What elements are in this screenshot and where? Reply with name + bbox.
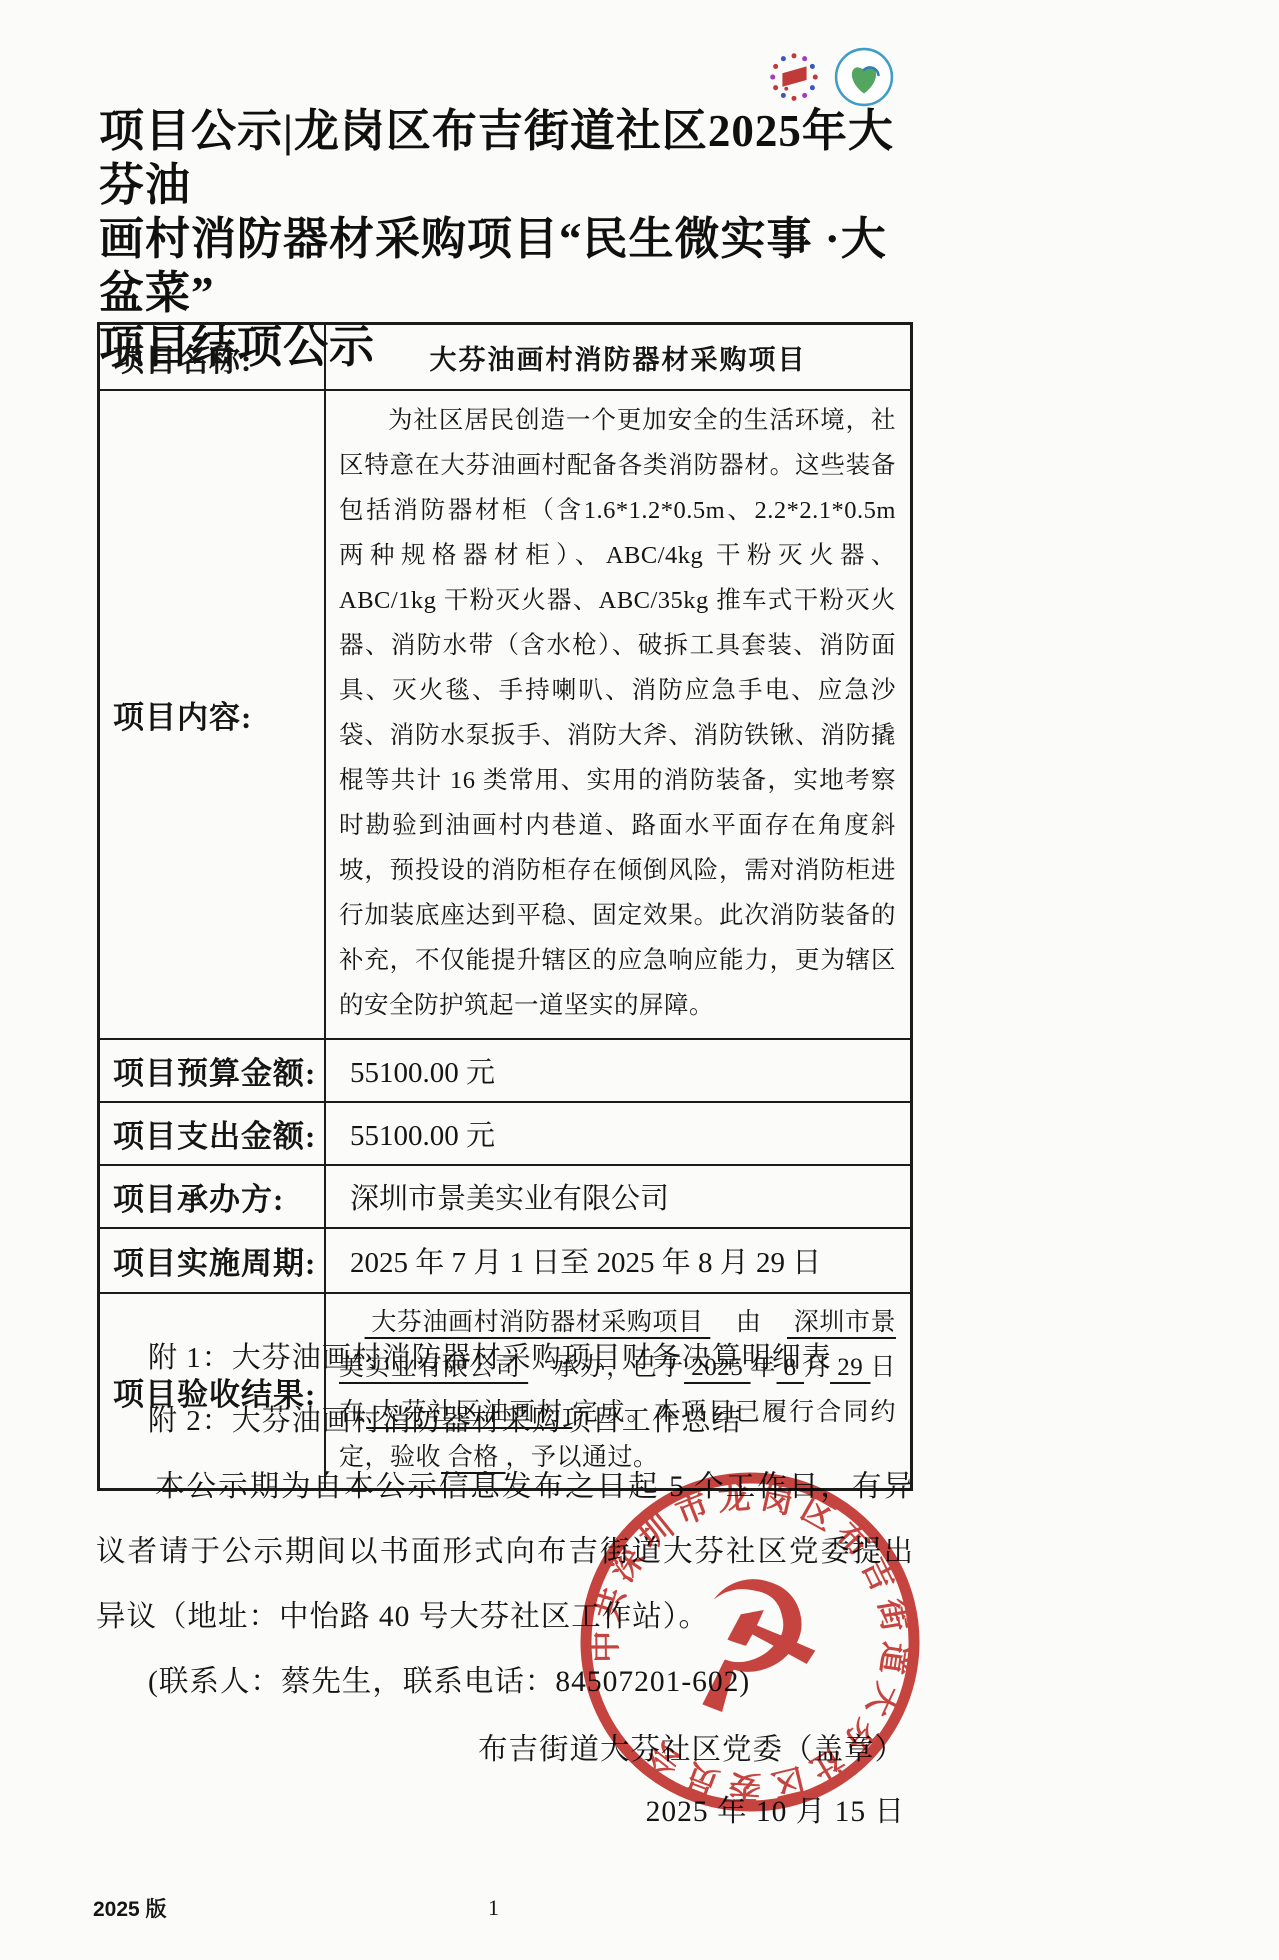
expense-label: 项目支出金额: (100, 1103, 326, 1164)
attachment-1: 附 1：大芬油画村消防器材采购项目财务决算明细表 (148, 1335, 832, 1376)
document-page: 项目公示|龙岗区布吉街道社区2025年大芬油 画村消防器材采购项目“民生微实事 … (0, 0, 1279, 1960)
contact-info: (联系人：蔡先生，联系电话：84507201-602) (148, 1658, 750, 1700)
project-info-table: 项目名称: 大芬油画村消防器材采购项目 项目内容: 为社区居民创造一个更加安全的… (97, 322, 913, 1491)
table-row-project-name: 项目名称: 大芬油画村消防器材采购项目 (100, 325, 910, 389)
signature-org: 布吉街道大芬社区党委（盖章） (478, 1726, 905, 1768)
signature-date: 2025 年 10 月 15 日 (646, 1788, 905, 1830)
expense-value: 55100.00 元 (326, 1103, 910, 1164)
attachment-2: 附 2：大芬油画村消防器材采购项目工作总结 (148, 1398, 742, 1439)
footer-page-number: 1 (488, 1895, 499, 1921)
party-emblem-icon (765, 50, 823, 108)
table-row-period: 项目实施周期: 2025 年 7 月 1 日至 2025 年 8 月 29 日 (100, 1227, 910, 1292)
project-name-label: 项目名称: (100, 325, 326, 389)
period-value: 2025 年 7 月 1 日至 2025 年 8 月 29 日 (326, 1229, 910, 1292)
budget-value: 55100.00 元 (326, 1040, 910, 1101)
project-name-value: 大芬油画村消防器材采购项目 (326, 325, 910, 389)
contractor-label: 项目承办方: (100, 1166, 326, 1227)
title-line-2: 画村消防器材采购项目“民生微实事 ·大盆菜” (99, 212, 929, 320)
period-label: 项目实施周期: (100, 1229, 326, 1292)
table-row-contractor: 项目承办方: 深圳市景美实业有限公司 (100, 1164, 910, 1227)
table-row-project-content: 项目内容: 为社区居民创造一个更加安全的生活环境，社区特意在大芬油画村配备各类消… (100, 389, 910, 1038)
footer-version: 2025 版 (93, 1893, 167, 1923)
table-row-budget: 项目预算金额: 55100.00 元 (100, 1038, 910, 1101)
title-line-1: 项目公示|龙岗区布吉街道社区2025年大芬油 (99, 104, 929, 212)
table-row-expense: 项目支出金额: 55100.00 元 (100, 1101, 910, 1164)
project-content-value: 为社区居民创造一个更加安全的生活环境，社区特意在大芬油画村配备各类消防器材。这些… (326, 391, 910, 1038)
contractor-value: 深圳市景美实业有限公司 (326, 1166, 910, 1227)
community-service-badge-icon (833, 46, 895, 108)
budget-label: 项目预算金额: (100, 1040, 326, 1101)
project-content-label: 项目内容: (100, 391, 326, 1038)
publicity-notice: 本公示期为自本公示信息发布之日起 5 个工作日，有异议者请于公示期间以书面形式向… (96, 1455, 914, 1650)
